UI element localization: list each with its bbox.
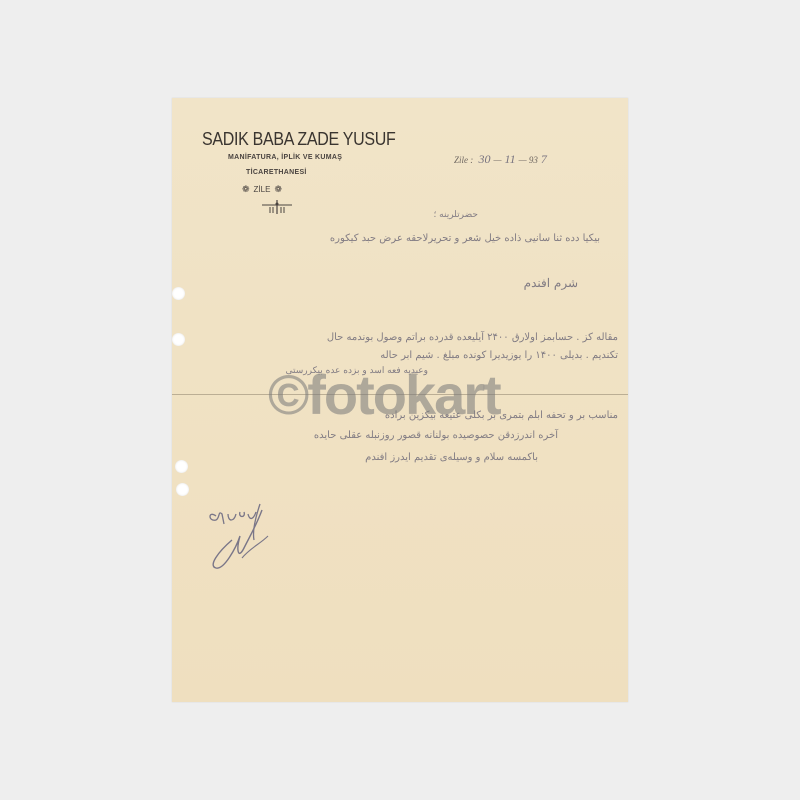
punch-hole: [172, 287, 185, 300]
letterhead-business-type: MANİFATURA, İPLİK VE KUMAŞ: [228, 154, 342, 161]
letterhead-company-name: SADIK BABA ZADE YUSUF: [202, 130, 395, 151]
date-month: 11: [505, 152, 516, 166]
date-year-prefix: 93: [529, 155, 538, 165]
ornament-icon: ❁: [274, 184, 282, 194]
date-label: Zile :: [454, 155, 473, 165]
letterhead-city: ❁ZİLE❁: [238, 184, 286, 195]
handwritten-salutation: حضرتلرینه ؛: [433, 210, 478, 220]
handwritten-line: باکمسه سلام و وسیله‌ی تقدیم ایدرز افندم: [365, 452, 538, 463]
punch-hole: [172, 333, 185, 346]
letterhead-business-type-line2: TİCARETHANESİ: [246, 169, 307, 176]
punch-hole: [175, 460, 188, 473]
handwritten-line: شرم افندم: [524, 276, 578, 290]
punch-hole: [176, 483, 189, 496]
letter-date: Zile : 30—11— 937: [454, 152, 550, 167]
handwritten-line: تکندیم . بدیلی ۱۴۰۰ را یوزیدیرا کونده مب…: [380, 350, 618, 361]
signature: [202, 496, 292, 576]
handwritten-line: آخره اندرزدقن حصوصیده بولنانه قصور روزنب…: [314, 430, 558, 441]
handwritten-line: بیکیا دده ثنا سانیی ذاده خیل شعر و تحریر…: [330, 233, 600, 244]
watermark: ©fotokart: [268, 362, 500, 427]
date-day: 30: [479, 152, 491, 166]
city-name: ZİLE: [254, 185, 271, 194]
handwritten-line: مقاله کز . حسابمز اولارق ۲۴۰۰ آیلیعده قد…: [327, 332, 618, 343]
letterhead-logo-icon: [260, 200, 294, 218]
date-year-suffix: 7: [541, 152, 547, 166]
ornament-icon: ❁: [242, 184, 250, 194]
